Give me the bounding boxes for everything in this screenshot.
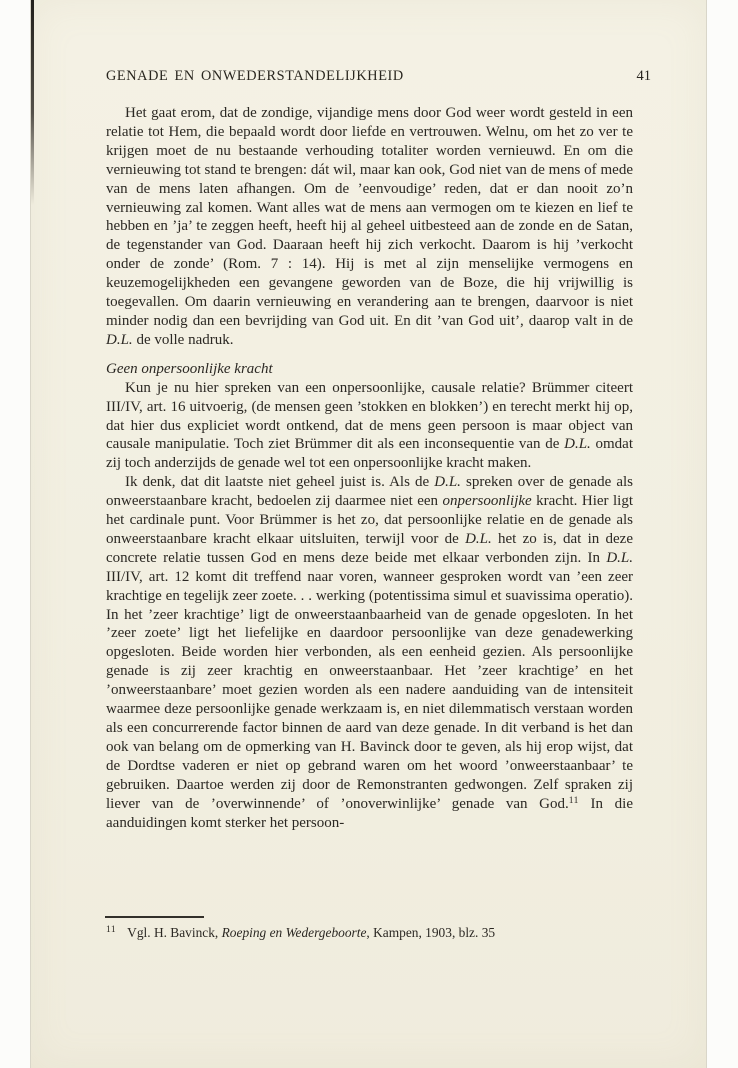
footnote-marker: 11	[106, 925, 116, 935]
footnote-text: Vgl. H. Bavinck, Roeping en Wedergeboort…	[127, 925, 495, 940]
binding-shadow	[31, 0, 34, 205]
page-number: 41	[637, 68, 654, 85]
text-run: Vgl. H. Bavinck,	[127, 925, 221, 940]
text-run: onpersoonlijke	[443, 493, 532, 509]
text-run: Het gaat erom, dat de zondige, vijandige…	[106, 105, 633, 329]
footnote-rule	[105, 916, 204, 918]
section-heading: Geen onpersoonlijke kracht	[106, 360, 633, 379]
body-text: Het gaat erom, dat de zondige, vijandige…	[106, 104, 633, 832]
text-run: Roeping en Wedergeboorte	[222, 925, 367, 940]
footnote: 11Vgl. H. Bavinck, Roeping en Wedergeboo…	[106, 924, 633, 941]
text-run: D.L.	[434, 474, 461, 490]
text-run: III/IV, art. 12 komt dit treffend naar v…	[106, 569, 633, 812]
running-header: GENADE EN ONWEDERSTANDELIJKHEID 41	[106, 68, 653, 85]
text-run: Ik denk, dat dit laatste niet geheel jui…	[125, 474, 434, 490]
running-header-title: GENADE EN ONWEDERSTANDELIJKHEID	[106, 68, 404, 85]
superscript-ref: 11	[569, 796, 579, 806]
text-run: D.L.	[606, 550, 633, 566]
book-page: GENADE EN ONWEDERSTANDELIJKHEID 41 Het g…	[30, 0, 707, 1068]
text-run: D.L.	[564, 436, 591, 452]
text-run: D.L.	[465, 531, 492, 547]
text-run: Geen onpersoonlijke kracht	[106, 361, 273, 377]
text-run: Kun je nu hier spreken van een onpersoon…	[106, 380, 633, 453]
text-run: D.L.	[106, 332, 133, 348]
text-run: de volle nadruk.	[133, 332, 234, 348]
paragraph: Ik denk, dat dit laatste niet geheel jui…	[106, 473, 633, 832]
paragraph: Kun je nu hier spreken van een onpersoon…	[106, 379, 633, 474]
paragraph: Het gaat erom, dat de zondige, vijandige…	[106, 104, 633, 350]
text-run: , Kampen, 1903, blz. 35	[366, 925, 495, 940]
